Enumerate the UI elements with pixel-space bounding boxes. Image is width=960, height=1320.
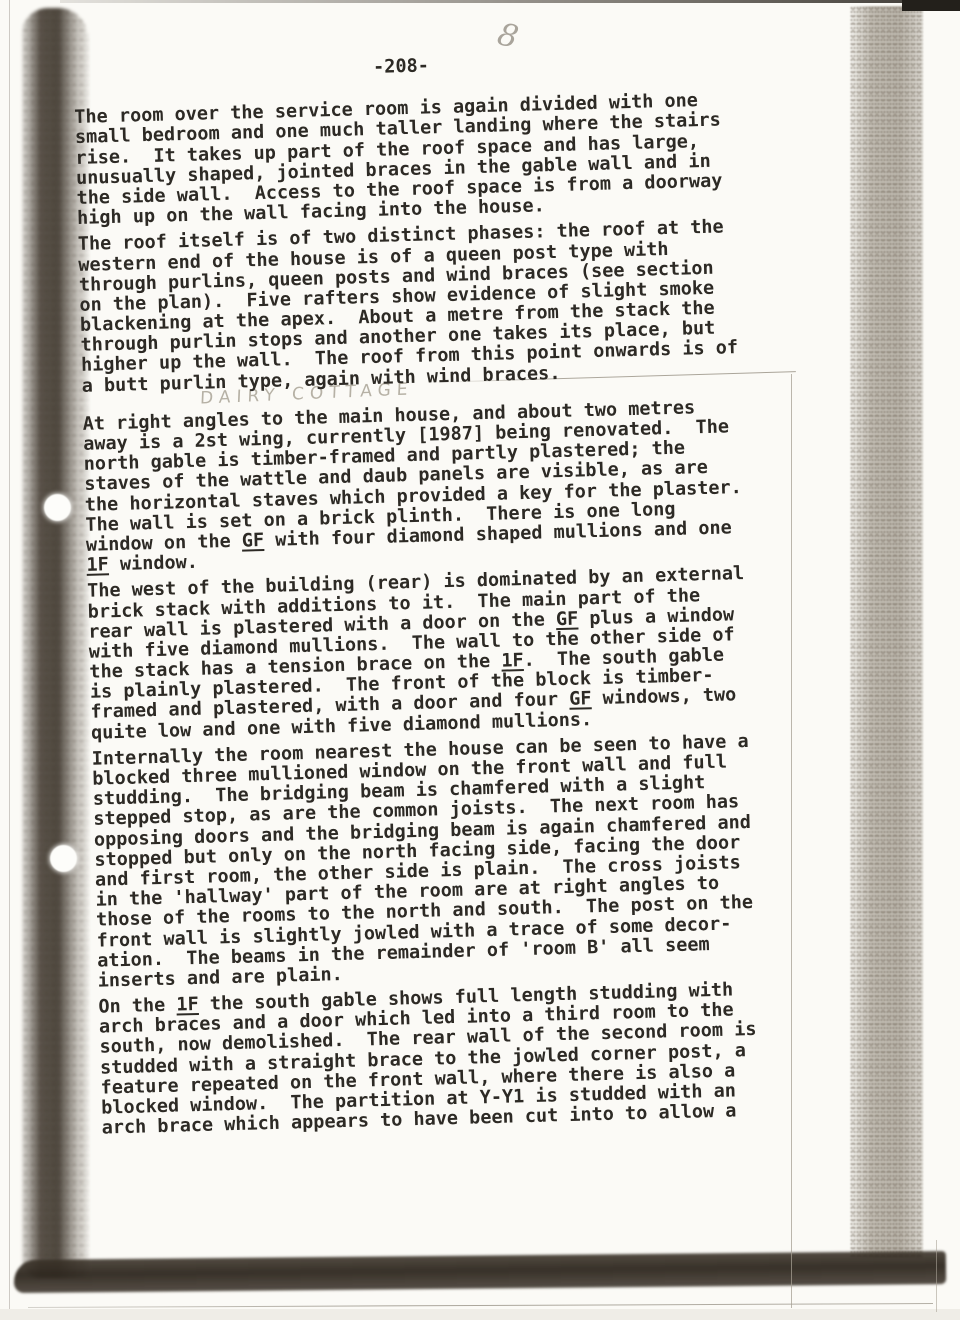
typed-paragraph-wing: At right angles to the main house, and a… [82, 396, 786, 576]
scan-top-right-black-bar [902, 0, 960, 11]
typed-paragraph-first-floor: On the 1F the south gable shows full len… [98, 979, 802, 1139]
scan-right-shadow-band [850, 6, 923, 1258]
hole-punch-bottom [50, 845, 77, 872]
hole-punch-top [44, 494, 71, 521]
underlay-sheet-bottom-edge [28, 1303, 933, 1308]
typed-paragraph-roof-phases: The roof itself is of two distinct phase… [78, 216, 782, 396]
scan-top-edge-shadow [60, 0, 960, 3]
page-left-edge-line [9, 0, 10, 1320]
typed-paragraph-west-rear: The west of the building (rear) is domin… [87, 563, 791, 743]
scan-bottom-shadow-bar [14, 1251, 946, 1293]
page-number: -208- [373, 47, 773, 78]
scan-bottom-margin [0, 1309, 960, 1320]
typed-paragraph-internal: Internally the room nearest the house ca… [91, 731, 797, 992]
typed-text-block: -208- The room over the service room is … [73, 47, 802, 1139]
underlay-sheet-far-right-edge [936, 1240, 937, 1312]
typed-paragraph-roof-room: The room over the service room is again … [74, 89, 777, 229]
handwritten-page-mark: 8 [494, 16, 522, 56]
scanned-document-page: 8 DAIRY COTTAGE -208- The room over the … [0, 0, 960, 1320]
